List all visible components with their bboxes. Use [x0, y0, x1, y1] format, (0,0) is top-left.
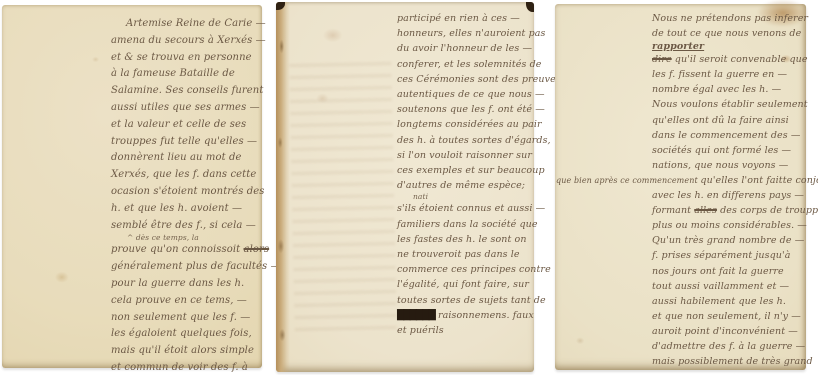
ink-showthrough — [289, 53, 397, 340]
manuscript-line: si l'on vouloit raisonner sur — [397, 148, 561, 163]
manuscript-page-center: participé en rien à ces —honneurs, elles… — [276, 2, 534, 372]
manuscript-line: du avoir l'honneur de les — — [397, 41, 561, 56]
manuscript-line: les f. fissent la guerre en — — [652, 67, 818, 82]
manuscript-line: et que non seulement, il n'y — — [652, 309, 818, 324]
manuscript-line: nati — [413, 193, 561, 201]
manuscript-line: d'admettre des f. à la guerre — — [652, 339, 818, 354]
manuscript-line: familiers dans la société que — [397, 217, 561, 232]
manuscript-line: Qu'un très grand nombre de — — [652, 233, 818, 248]
manuscript-line: l'égalité, qui font faire, sur — [397, 277, 561, 292]
manuscript-line: pour la guerre dans les h. — [111, 276, 281, 293]
manuscript-line: f. prises séparément jusqu'à — [652, 248, 818, 263]
manuscript-line: Xerxés, que les f. dans cette — [111, 167, 281, 184]
manuscript-line: à la fameuse Bataille de — [111, 66, 281, 83]
manuscript-line: participé en rien à ces — — [397, 11, 561, 26]
manuscript-line: généralement plus de facultés — — [111, 259, 281, 276]
manuscript-line: Nous ne prétendons pas inferer — [652, 11, 818, 26]
manuscript-line: qu'elles ont dû la faire ainsi — [652, 113, 818, 128]
manuscript-line: et & se trouva en personne — [111, 50, 281, 67]
handwriting-right-page: Nous ne prétendons pas infererde tout ce… — [652, 11, 818, 369]
manuscript-line: formant alles des corps de trouppes — [652, 203, 818, 218]
manuscript-line: sociétés qui ont formé les — — [652, 143, 818, 158]
manuscript-line: amena du secours à Xerxés — — [111, 33, 281, 50]
manuscript-line: tout aussi vaillamment et — — [652, 279, 818, 294]
manuscript-line: nations, que nous voyons — — [652, 158, 818, 173]
manuscript-line: auroit point d'inconvénient — — [652, 324, 818, 339]
manuscript-line: longtems considérées au pair — [397, 117, 561, 132]
manuscript-line: les égaloient quelques fois, — [111, 326, 281, 343]
manuscript-line: ocasion s'étoient montrés des — [111, 184, 281, 201]
manuscript-line: h. et que les h. avoient — — [111, 201, 281, 218]
manuscript-line: ██████ raisonnemens. faux — [397, 308, 561, 323]
manuscript-line: ces exemples et sur beaucoup — [397, 163, 561, 178]
manuscript-line: soutenons que les f. ont été — — [397, 102, 561, 117]
manuscript-line: cela prouve en ce tems, — — [111, 293, 281, 310]
manuscript-line: commerce ces principes contre — [397, 262, 561, 277]
manuscript-line: d'autres de même espèce; — [397, 178, 561, 193]
manuscript-line: toutes sortes de sujets tant de — [397, 293, 561, 308]
manuscript-line: donnèrent lieu au mot de — [111, 150, 281, 167]
manuscript-line: non seulement que les f. — — [111, 310, 281, 327]
manuscript-line: de tout ce que nous venons de — [652, 26, 818, 41]
manuscript-line: honneurs, elles n'auroient pas — [397, 26, 561, 41]
manuscript-line: aussi habilement que les h. — [652, 294, 818, 309]
manuscript-line: dans le commencement des — — [652, 128, 818, 143]
manuscript-line: et puérils — [397, 323, 561, 338]
handwriting-left-page: Artemise Reine de Carie —amena du secour… — [111, 16, 281, 375]
manuscript-line: ^ dès ce temps, la — [127, 234, 281, 242]
manuscript-line: mais possiblement de très grand — [652, 354, 818, 369]
binding-edge — [276, 2, 290, 372]
manuscript-line: les fastes des h. le sont on — [397, 232, 561, 247]
manuscript-line: aussi utiles que ses armes — — [111, 100, 281, 117]
manuscript-line: prouve qu'on connoissoit alors — [111, 242, 281, 259]
manuscript-line: conferer, et les solemnités de — [397, 57, 561, 72]
manuscript-line: avec les h. en differens pays — — [652, 188, 818, 203]
manuscript-line: Nous voulons établir seulement — [652, 97, 818, 112]
manuscript-line: Artemise Reine de Carie — — [126, 16, 281, 33]
manuscript-line: des h. à toutes sortes d'égards, — [397, 133, 561, 148]
manuscript-scan: Artemise Reine de Carie —amena du secour… — [0, 0, 818, 375]
manuscript-line: ne trouveroit pas dans le — [397, 247, 561, 262]
manuscript-line: semblé être des f., si cela — — [111, 218, 281, 235]
manuscript-line: trouppes fut telle qu'elles — — [111, 134, 281, 151]
manuscript-line: mais qu'il étoit alors simple — [111, 343, 281, 360]
manuscript-line: ces Cérémonies sont des preuves — [397, 72, 561, 87]
manuscript-line: et commun de voir des f. à — [111, 360, 281, 375]
manuscript-page-left: Artemise Reine de Carie —amena du secour… — [2, 5, 262, 368]
manuscript-line: dire qu'il seroit convenable que — [652, 52, 818, 67]
manuscript-line: que bien après ce commencement qu'elles … — [556, 173, 818, 188]
manuscript-line: autentiques de ce que nous — — [397, 87, 561, 102]
manuscript-line: nos jours ont fait la guerre — [652, 264, 818, 279]
manuscript-line: et la valeur et celle de ses — [111, 117, 281, 134]
manuscript-line: s'ils étoient connus et aussi — — [397, 201, 561, 216]
manuscript-line: Salamine. Ses conseils furent — [111, 83, 281, 100]
manuscript-page-right: Nous ne prétendons pas infererde tout ce… — [555, 4, 806, 370]
handwriting-center-page: participé en rien à ces —honneurs, elles… — [397, 11, 561, 338]
manuscript-line: plus ou moins considérables. — — [652, 218, 818, 233]
manuscript-line: nombre égal avec les h. — — [652, 82, 818, 97]
manuscript-line: rapporter — [652, 41, 818, 52]
